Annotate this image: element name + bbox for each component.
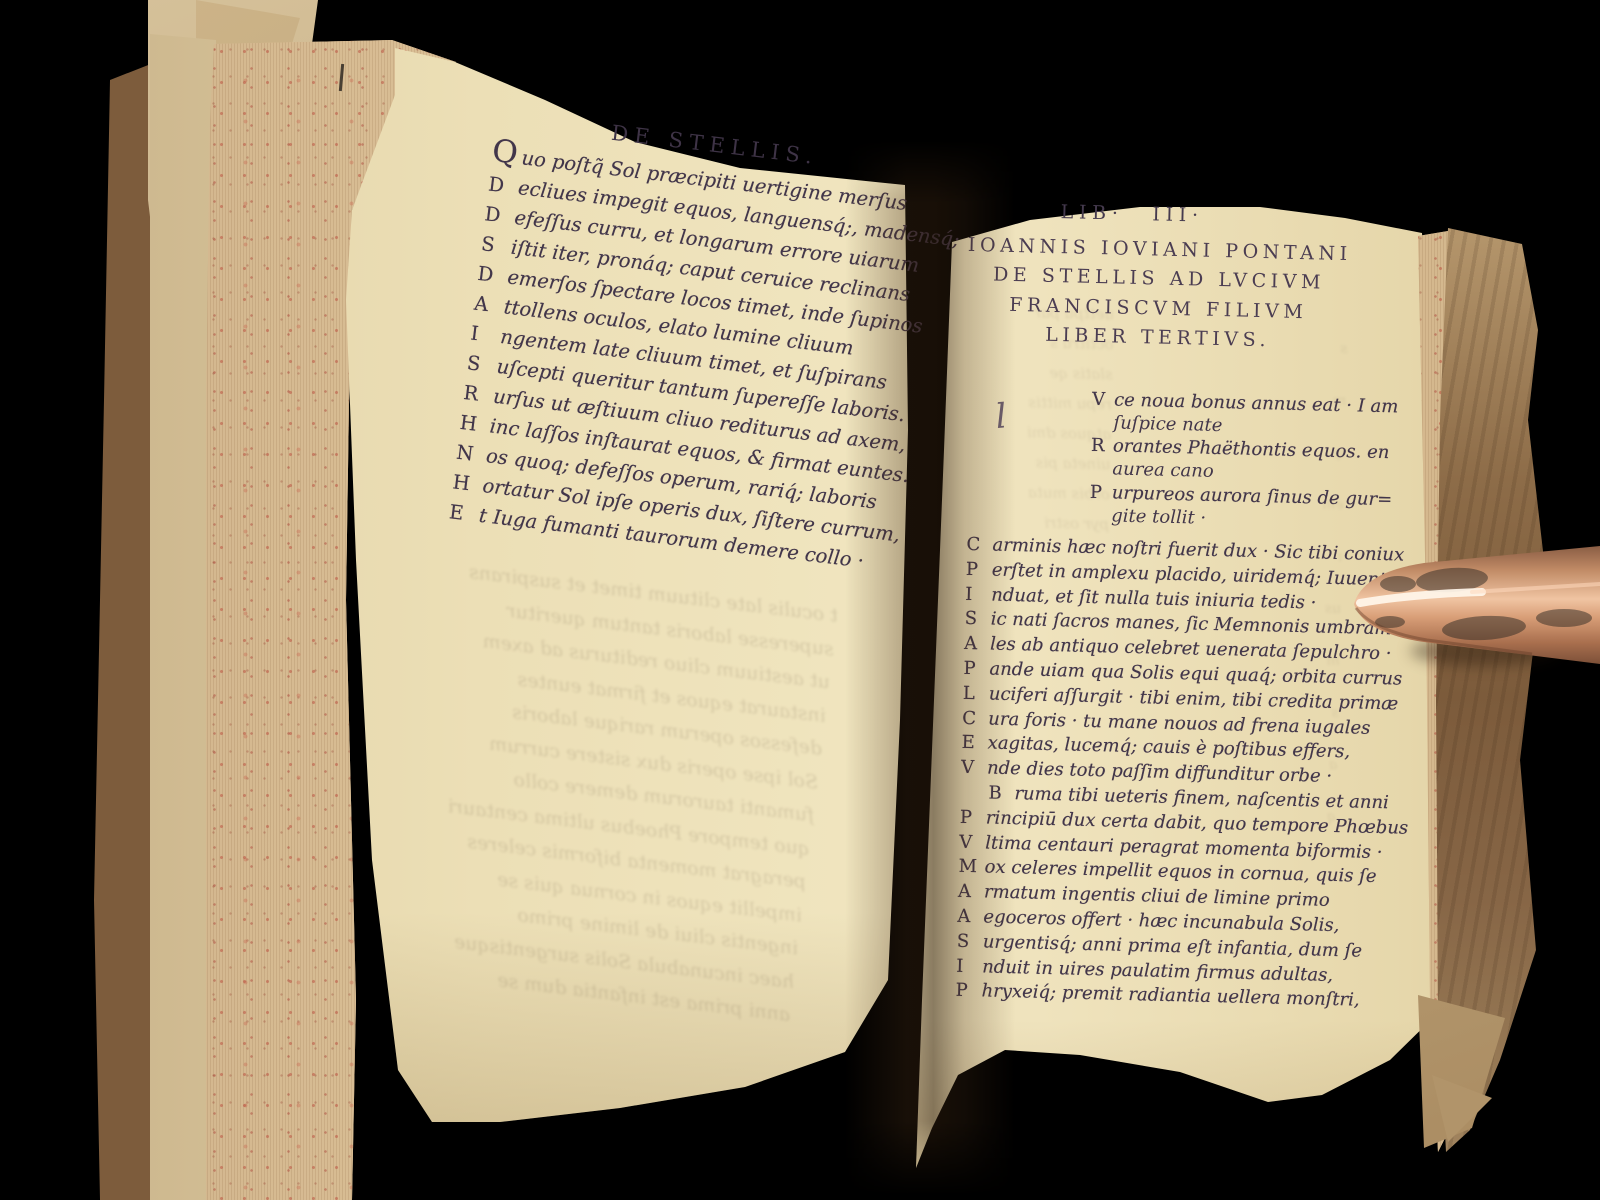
verse-initial: P (955, 979, 982, 1004)
ghost-mark: s (1307, 322, 1348, 375)
photo-canvas: DE STELLIS. Quo poſtq̃ Sol præcipiti uer… (0, 0, 1600, 1200)
verse-initial: V (961, 756, 988, 781)
verse-initial: P (960, 806, 987, 831)
verse-initial: I (469, 318, 502, 351)
verse-initial: M (958, 855, 985, 880)
verse-initial: D (483, 199, 516, 232)
left-verse-block: Quo poſtq̃ Sol præcipiti uertigine merſu… (448, 140, 901, 576)
verse-initial: P (966, 558, 993, 583)
verse-initial: P (963, 657, 990, 682)
verse-initial: C (962, 706, 989, 731)
verse-initial: D (476, 259, 509, 292)
ghost-line: octitru s (983, 326, 1114, 359)
ghost-mark: q; (1304, 426, 1345, 479)
copper-pointer (1332, 536, 1600, 676)
verse-initial: V (959, 830, 986, 855)
ghost-line: slatis qe (982, 356, 1113, 389)
ghost-line: repu mittis (982, 386, 1113, 419)
verse-initial: C (966, 533, 993, 558)
verse-initial: S (480, 229, 513, 262)
verse-initial: S (964, 607, 991, 632)
ghost-line: uineta pis (980, 446, 1111, 479)
ghost-line: atquos dmi (981, 416, 1112, 449)
verse-initial: R (462, 378, 495, 411)
verse-initial: E (961, 731, 988, 756)
verse-initial: I (965, 582, 992, 607)
verse-initial: A (964, 632, 991, 657)
folio-label: LIB· III· (1060, 200, 1434, 234)
ghost-line: pyr ostri (979, 506, 1110, 539)
right-page-margin-ghost: uettpu paroctitru sslatis qerepu mittisa… (979, 296, 1115, 539)
verse-initial: H (458, 408, 491, 441)
verse-initial: H (451, 467, 484, 500)
ghost-mark: q (1295, 790, 1336, 843)
verse-initial: E (448, 497, 481, 530)
verse-initial: I (956, 954, 983, 979)
verse-initial: Q (491, 141, 523, 164)
verse-initial: B (988, 781, 1015, 806)
verse-initial: S (465, 348, 498, 381)
verse-initial: D (487, 170, 520, 203)
verse-initial: S (957, 930, 984, 955)
ghost-mark: a (1297, 738, 1338, 791)
ghost-mark: em (1303, 478, 1344, 531)
verse-initial: A (958, 880, 985, 905)
ghost-mark: m (1306, 374, 1347, 427)
ghost-mark: s (1298, 686, 1339, 739)
bleedthrough-block: t oculis late clituum timet et suspirans… (421, 556, 840, 1032)
verse-initial: A (472, 289, 505, 322)
stanza-block: Vce noua bonus annus eat · I amſuſpice n… (1089, 388, 1430, 535)
verse-initial: L (963, 682, 990, 707)
ghost-line: orbis muta (979, 476, 1110, 509)
verse-initial: A (957, 905, 984, 930)
verse-initial: N (455, 438, 488, 471)
ghost-line: uettpu par (984, 296, 1115, 329)
